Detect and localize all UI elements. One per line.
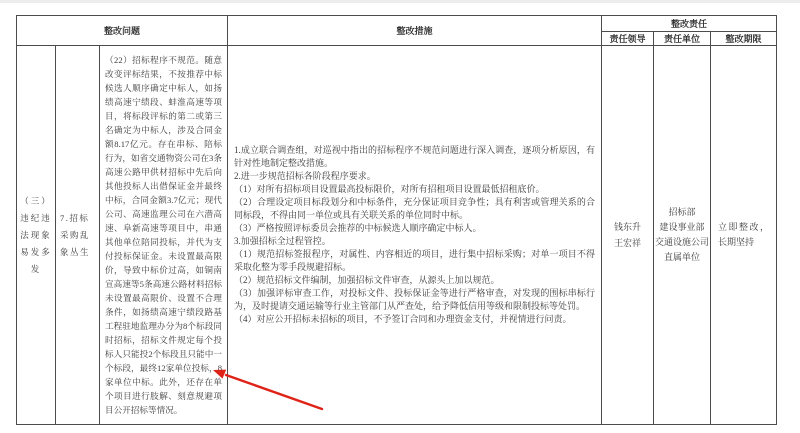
header-deadline: 整改期限: [711, 32, 777, 46]
document-page: 整改问题 整改措施 整改责任 责任领导 责任单位 整改期限 （三）违纪违法现象易…: [0, 0, 800, 433]
deadline-cell: 立即整改，长期坚持: [711, 46, 777, 425]
responsible-units-cell: 招标部 建设事业部 交通设施公司 直属单位: [654, 46, 711, 425]
header-responsible-leader: 责任领导: [602, 32, 654, 46]
measures-text-cell: 1.成立联合调查组，对巡视中指出的招标程序不规范问题进行深入调查，逐项分析原因，…: [228, 46, 602, 425]
header-measures: 整改措施: [228, 16, 602, 46]
subcategory-cell: 7.招标采购乱象丛生: [56, 46, 100, 425]
header-responsibility: 整改责任: [602, 16, 777, 32]
responsible-leaders-cell: 钱东升 王宏祥: [602, 46, 654, 425]
category-cell: （三）违纪违法现象易发多发: [17, 46, 56, 425]
rectification-table: 整改问题 整改措施 整改责任 责任领导 责任单位 整改期限 （三）违纪违法现象易…: [16, 15, 777, 425]
header-responsible-unit: 责任单位: [654, 32, 711, 46]
header-problem: 整改问题: [17, 16, 228, 46]
scan-edge: [0, 0, 800, 3]
problem-text-cell: （22）招标程序不规范。随意改变评标结果，不按推荐中标候选人顺序确定中标人，如扬…: [100, 46, 228, 425]
